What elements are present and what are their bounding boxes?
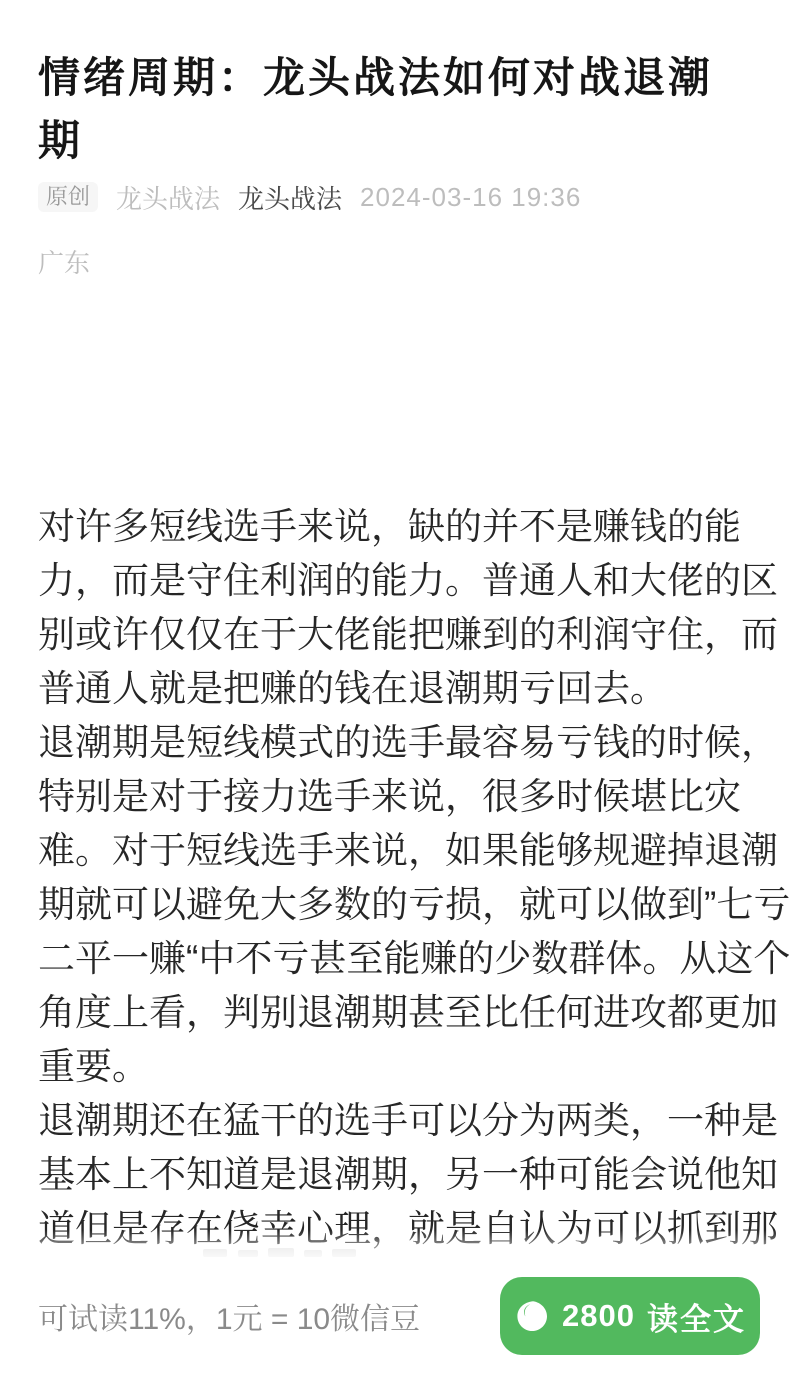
body-line: 二平一赚“中不亏甚至能赚的少数群体。从这个: [38, 932, 778, 986]
article-page: 情绪周期：龙头战法如何对战退潮期 原创 龙头战法 龙头战法 2024-03-16…: [0, 0, 800, 1384]
paragraph: 退潮期还在猛干的选手可以分为两类，一种是基本上不知道是退潮期，另一种可能会说他知…: [38, 1094, 778, 1256]
body-line: 对许多短线选手来说，缺的并不是赚钱的能: [38, 500, 778, 554]
article-title: 情绪周期：龙头战法如何对战退潮期: [38, 46, 730, 172]
clipped-line-remnant: [304, 1250, 322, 1257]
wechat-bean-icon: [514, 1298, 550, 1334]
clipped-line-remnant: [268, 1248, 294, 1257]
body-line: 基本上不知道是退潮期，另一种可能会说他知: [38, 1148, 778, 1202]
clipped-line-remnant: [332, 1249, 356, 1257]
trial-info-text: 可试读11%，1元 = 10微信豆: [38, 1294, 420, 1338]
body-line: 退潮期还在猛干的选手可以分为两类，一种是: [38, 1094, 778, 1148]
author-name: 龙头战法: [116, 179, 220, 216]
article-body: 对许多短线选手来说，缺的并不是赚钱的能力，而是守住利润的能力。普通人和大佬的区别…: [38, 500, 778, 1256]
article-meta-row: 原创 龙头战法 龙头战法 2024-03-16 19:36: [38, 180, 581, 214]
paragraph: 对许多短线选手来说，缺的并不是赚钱的能力，而是守住利润的能力。普通人和大佬的区别…: [38, 500, 778, 716]
account-name-link[interactable]: 龙头战法: [238, 179, 342, 216]
body-line: 期就可以避免大多数的亏损，就可以做到”七亏: [38, 878, 778, 932]
body-line: 重要。: [38, 1040, 778, 1094]
bean-price: 2800: [562, 1298, 635, 1334]
body-line: 退潮期是短线模式的选手最容易亏钱的时候，: [38, 716, 778, 770]
clipped-line-remnant: [238, 1250, 258, 1257]
publish-datetime: 2024-03-16 19:36: [360, 182, 581, 213]
body-line: 特别是对于接力选手来说，很多时候堪比灾: [38, 770, 778, 824]
read-full-label: 读全文: [647, 1294, 746, 1339]
paywall-bar: 可试读11%，1元 = 10微信豆 2800 读全文: [0, 1262, 800, 1384]
body-line: 别或许仅仅在于大佬能把赚到的利润守住，而: [38, 608, 778, 662]
read-full-button[interactable]: 2800 读全文: [500, 1277, 760, 1355]
body-line: 难。对于短线选手来说，如果能够规避掉退潮: [38, 824, 778, 878]
original-badge: 原创: [38, 182, 98, 212]
clipped-line-remnant: [203, 1249, 227, 1257]
body-line: 普通人就是把赚的钱在退潮期亏回去。: [38, 662, 778, 716]
body-line: 角度上看，判别退潮期甚至比任何进攻都更加: [38, 986, 778, 1040]
publish-location: 广东: [38, 243, 90, 280]
body-line: 道但是存在侥幸心理，就是自认为可以抓到那: [38, 1202, 778, 1256]
body-line: 力，而是守住利润的能力。普通人和大佬的区: [38, 554, 778, 608]
paragraph: 退潮期是短线模式的选手最容易亏钱的时候，特别是对于接力选手来说，很多时候堪比灾难…: [38, 716, 778, 1094]
